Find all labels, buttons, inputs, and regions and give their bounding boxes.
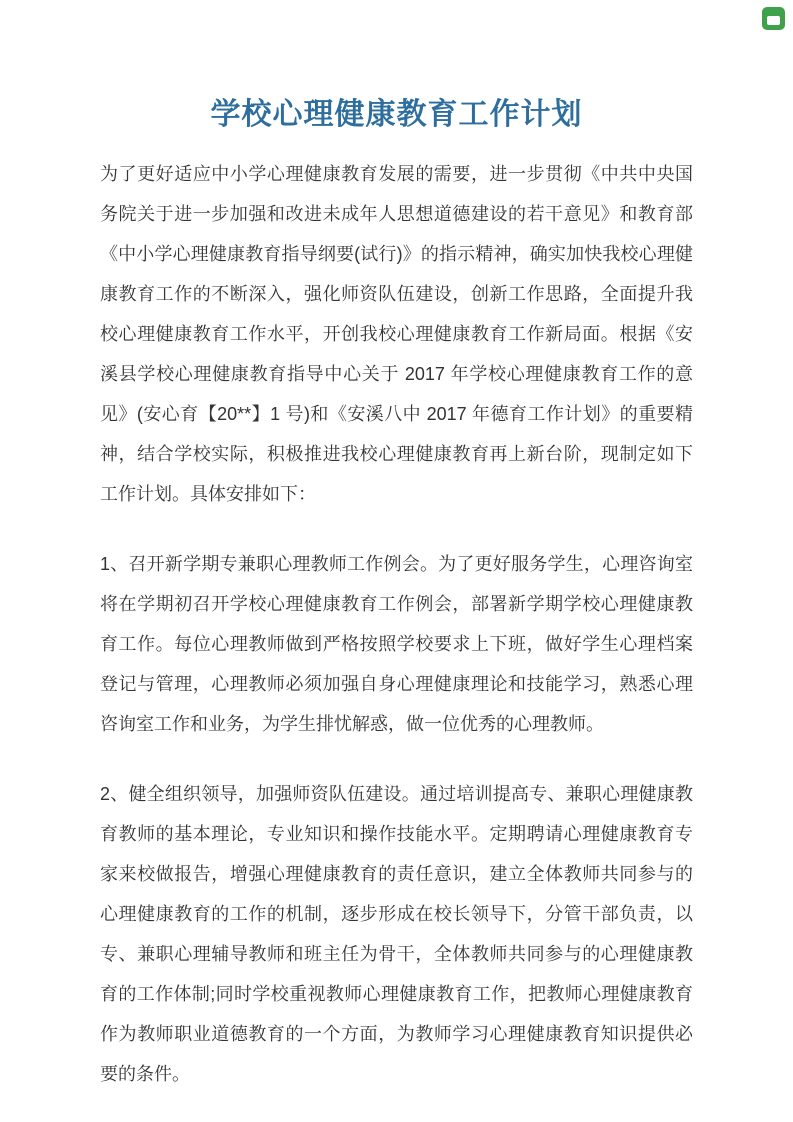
green-clipper-icon[interactable] — [762, 7, 785, 30]
document-body: 为了更好适应中小学心理健康教育发展的需要，进一步贯彻《中共中央国务院关于进一步加… — [100, 154, 693, 1094]
paragraph-item-2: 2、健全组织领导，加强师资队伍建设。通过培训提高专、兼职心理健康教育教师的基本理… — [100, 774, 693, 1094]
clipper-icon-glyph — [767, 16, 780, 25]
document-page: 学校心理健康教育工作计划 为了更好适应中小学心理健康教育发展的需要，进一步贯彻《… — [0, 0, 793, 1122]
paragraph-item-1: 1、召开新学期专兼职心理教师工作例会。为了更好服务学生，心理咨询室将在学期初召开… — [100, 544, 693, 744]
paragraph-intro: 为了更好适应中小学心理健康教育发展的需要，进一步贯彻《中共中央国务院关于进一步加… — [100, 154, 693, 514]
document-title: 学校心理健康教育工作计划 — [0, 0, 793, 134]
